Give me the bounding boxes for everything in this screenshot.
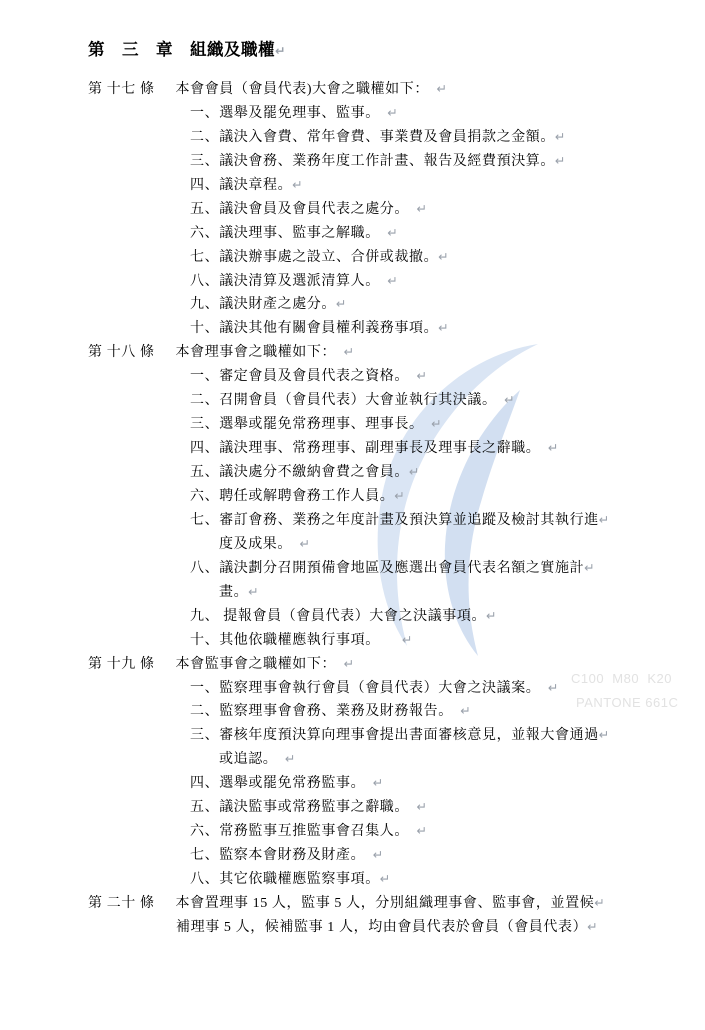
paragraph-return-icon: ↵: [300, 536, 310, 551]
paragraph-return-icon: ↵: [275, 43, 285, 58]
paragraph-return-icon: ↵: [387, 105, 397, 120]
document-line: 二、議決入會費、常年會費、事業費及會員捐款之金額。↵: [190, 127, 565, 148]
document-line: 六、議決理事、監事之解職。 ↵: [190, 223, 398, 244]
paragraph-return-icon: ↵: [555, 129, 565, 144]
document-line: 二、召開會員（會員代表）大會並執行其決議。 ↵: [190, 390, 515, 411]
article-number-label: 第 二十 條: [88, 894, 176, 914]
paragraph-return-icon: ↵: [599, 727, 609, 742]
document-line: 三、選舉或罷免常務理事、理事長。 ↵: [190, 414, 442, 435]
line-text: 五、議決監事或常務監事之辭職。: [190, 800, 417, 815]
line-text: 度及成果。: [219, 537, 300, 552]
line-text: 三、審核年度預決算向理事會提出書面審核意見，並報大會通過: [190, 728, 599, 743]
line-text: 七、監察本會財務及財產。: [190, 848, 373, 863]
document-line: 或追認。 ↵: [219, 749, 295, 770]
document-line: 六、常務監事互推監事會召集人。 ↵: [190, 821, 427, 842]
document-line: 七、審訂會務、業務之年度計畫及預決算並追蹤及檢討其執行進↵: [190, 510, 609, 531]
line-text: 四、議決章程。: [190, 178, 292, 193]
document-line: 第 十七 條本會會員（會員代表)大會之職權如下： ↵: [88, 79, 447, 100]
line-text: 八、議決清算及選派清算人。: [190, 274, 387, 289]
line-text: 二、監察理事會會務、業務及財務報告。: [190, 704, 460, 719]
paragraph-return-icon: ↵: [599, 512, 609, 527]
paragraph-return-icon: ↵: [387, 273, 397, 288]
line-text: 五、議決處分不繳納會費之會員。: [190, 465, 409, 480]
paragraph-return-icon: ↵: [460, 703, 470, 718]
line-text: 補理事 5 人，候補監事 1 人，均由會員代表於會員（會員代表）: [176, 920, 587, 935]
line-text: 九、 提報會員（會員代表）大會之決議事項。: [190, 609, 486, 624]
document-line: 第 二十 條本會置理事 15 人，監事 5 人，分別組織理事會、監事會，並置候↵: [88, 893, 605, 914]
article-number-label: 第 十九 條: [88, 655, 176, 675]
paragraph-return-icon: ↵: [387, 225, 397, 240]
document-line: 十、其他依職權應執行事項。 ↵: [190, 630, 412, 651]
paragraph-return-icon: ↵: [417, 368, 427, 383]
paragraph-return-icon: ↵: [373, 847, 383, 862]
paragraph-return-icon: ↵: [344, 344, 354, 359]
document-line: 八、議決劃分召開預備會地區及應選出會員代表名額之實施計↵: [190, 558, 595, 579]
document-line: 五、議決會員及會員代表之處分。 ↵: [190, 199, 427, 220]
line-text: 本會置理事 15 人，監事 5 人，分別組織理事會、監事會，並置候: [176, 896, 595, 911]
line-text: 二、召開會員（會員代表）大會並執行其決議。: [190, 393, 504, 408]
chapter-title: 第 三 章 組織及職權↵: [88, 36, 285, 60]
paragraph-return-icon: ↵: [417, 799, 427, 814]
line-text: 或追認。: [219, 752, 285, 767]
line-text: 本會理事會之職權如下：: [176, 345, 344, 360]
paragraph-return-icon: ↵: [394, 488, 404, 503]
document-line: 第 十八 條本會理事會之職權如下： ↵: [88, 342, 354, 363]
document-line: 四、議決章程。↵: [190, 175, 303, 196]
line-text: 二、議決入會費、常年會費、事業費及會員捐款之金額。: [190, 130, 555, 145]
paragraph-return-icon: ↵: [584, 560, 594, 575]
document-line: 三、議決會務、業務年度工作計畫、報告及經費預決算。↵: [190, 151, 565, 172]
document-line: 十、議決其他有關會員權利義務事項。↵: [190, 318, 449, 339]
paragraph-return-icon: ↵: [548, 440, 558, 455]
article-number-label: 第 十八 條: [88, 343, 176, 363]
paragraph-return-icon: ↵: [409, 464, 419, 479]
line-text: 六、聘任或解聘會務工作人員。: [190, 489, 394, 504]
line-text: 一、審定會員及會員代表之資格。: [190, 369, 417, 384]
watermark-color-spec-cmyk: C100 M80 K20: [571, 671, 672, 686]
document-line: 二、監察理事會會務、業務及財務報告。 ↵: [190, 701, 471, 722]
document-line: 四、議決理事、常務理事、副理事長及理事長之辭職。 ↵: [190, 438, 558, 459]
line-text: 一、監察理事會執行會員（會員代表）大會之決議案。: [190, 681, 548, 696]
line-text: 畫。: [219, 585, 248, 600]
document-line: 補理事 5 人，候補監事 1 人，均由會員代表於會員（會員代表）↵: [176, 917, 598, 938]
line-text: 六、議決理事、監事之解職。: [190, 226, 387, 241]
document-line: 畫。↵: [219, 582, 259, 603]
line-text: 十、其他依職權應執行事項。: [190, 633, 402, 648]
paragraph-return-icon: ↵: [548, 680, 558, 695]
paragraph-return-icon: ↵: [417, 201, 427, 216]
document-line: 度及成果。 ↵: [219, 534, 310, 555]
paragraph-return-icon: ↵: [486, 608, 496, 623]
document-line: 六、聘任或解聘會務工作人員。↵: [190, 486, 405, 507]
line-text: 七、審訂會務、業務之年度計畫及預決算並追蹤及檢討其執行進: [190, 513, 599, 528]
line-text: 八、其它依職權應監察事項。: [190, 872, 380, 887]
article-number-label: 第 十七 條: [88, 80, 176, 100]
line-text: 七、議決辦事處之設立、合併或裁撤。: [190, 250, 438, 265]
paragraph-return-icon: ↵: [594, 895, 604, 910]
paragraph-return-icon: ↵: [344, 656, 354, 671]
paragraph-return-icon: ↵: [373, 775, 383, 790]
paragraph-return-icon: ↵: [438, 320, 448, 335]
paragraph-return-icon: ↵: [437, 81, 447, 96]
chapter-title-text: 第 三 章 組織及職權: [88, 40, 275, 59]
line-text: 三、議決會務、業務年度工作計畫、報告及經費預決算。: [190, 154, 555, 169]
line-text: 四、選舉或罷免常務監事。: [190, 776, 373, 791]
document-line: 五、議決處分不繳納會費之會員。↵: [190, 462, 419, 483]
document-line: 一、監察理事會執行會員（會員代表）大會之決議案。 ↵: [190, 678, 558, 699]
document-line: 五、議決監事或常務監事之辭職。 ↵: [190, 797, 427, 818]
paragraph-return-icon: ↵: [438, 249, 448, 264]
line-text: 一、選舉及罷免理事、監事。: [190, 106, 387, 121]
document-line: 八、其它依職權應監察事項。↵: [190, 869, 390, 890]
document-line: 第 十九 條本會監事會之職權如下： ↵: [88, 654, 354, 675]
paragraph-return-icon: ↵: [587, 919, 597, 934]
watermark-color-spec-pantone: PANTONE 661C: [576, 695, 678, 710]
word-document-page: C100 M80 K20 PANTONE 661C 第 三 章 組織及職權↵ 第…: [0, 0, 705, 1030]
document-line: 一、選舉及罷免理事、監事。 ↵: [190, 103, 398, 124]
paragraph-return-icon: ↵: [380, 871, 390, 886]
document-line: 四、選舉或罷免常務監事。 ↵: [190, 773, 383, 794]
line-text: 五、議決會員及會員代表之處分。: [190, 202, 417, 217]
document-line: 七、議決辦事處之設立、合併或裁撤。↵: [190, 247, 449, 268]
line-text: 十、議決其他有關會員權利義務事項。: [190, 321, 438, 336]
document-line: 三、審核年度預決算向理事會提出書面審核意見，並報大會通過↵: [190, 725, 609, 746]
paragraph-return-icon: ↵: [285, 751, 295, 766]
paragraph-return-icon: ↵: [417, 823, 427, 838]
line-text: 六、常務監事互推監事會召集人。: [190, 824, 417, 839]
line-text: 三、選舉或罷免常務理事、理事長。: [190, 417, 431, 432]
document-line: 九、議決財產之處分。↵: [190, 294, 346, 315]
document-line: 八、議決清算及選派清算人。 ↵: [190, 271, 398, 292]
paragraph-return-icon: ↵: [292, 177, 302, 192]
document-line: 九、 提報會員（會員代表）大會之決議事項。↵: [190, 606, 497, 627]
line-text: 八、議決劃分召開預備會地區及應選出會員代表名額之實施計: [190, 561, 584, 576]
document-line: 一、審定會員及會員代表之資格。 ↵: [190, 366, 427, 387]
paragraph-return-icon: ↵: [504, 392, 514, 407]
line-text: 本會會員（會員代表)大會之職權如下：: [176, 82, 437, 97]
paragraph-return-icon: ↵: [431, 416, 441, 431]
line-text: 九、議決財產之處分。: [190, 297, 336, 312]
paragraph-return-icon: ↵: [402, 632, 412, 647]
document-line: 七、監察本會財務及財產。 ↵: [190, 845, 383, 866]
line-text: 本會監事會之職權如下：: [176, 657, 344, 672]
paragraph-return-icon: ↵: [248, 584, 258, 599]
line-text: 四、議決理事、常務理事、副理事長及理事長之辭職。: [190, 441, 548, 456]
paragraph-return-icon: ↵: [555, 153, 565, 168]
paragraph-return-icon: ↵: [336, 296, 346, 311]
